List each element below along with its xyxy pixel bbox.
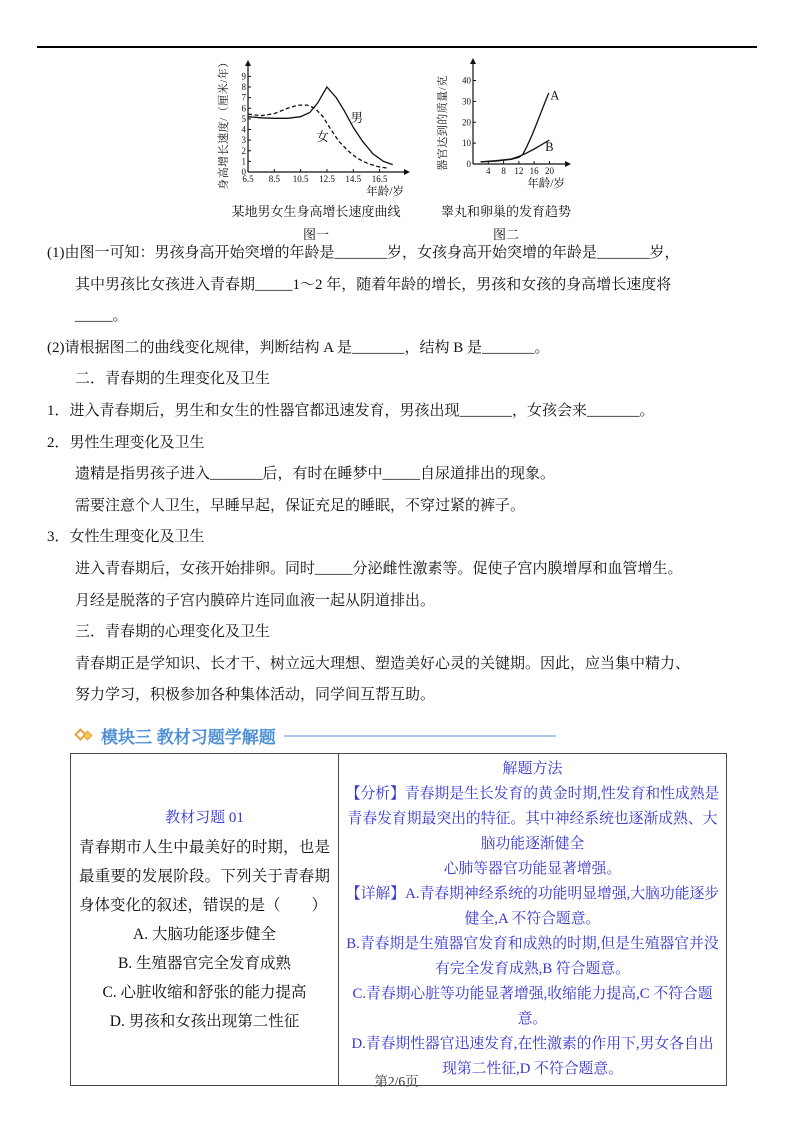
figure2-chart-area: 器官达到的质量/克 48121620010203040年龄/岁AB <box>434 56 579 202</box>
svg-text:7: 7 <box>241 93 246 103</box>
svg-text:8: 8 <box>241 82 246 92</box>
svg-text:6: 6 <box>241 103 246 113</box>
worksheet-line: _____。 <box>0 301 793 333</box>
figure1-chart-area: 身高增长速度/（厘米/年） 6.58.510.512.514.516.50123… <box>215 56 418 202</box>
svg-text:14.5: 14.5 <box>345 174 361 184</box>
svg-text:30: 30 <box>462 96 472 106</box>
module3-header: 模块三 教材习题学解题 <box>74 722 556 748</box>
svg-text:年龄/岁: 年龄/岁 <box>527 176 565 190</box>
module3-rule <box>284 735 556 737</box>
svg-text:女: 女 <box>316 130 329 144</box>
worksheet-line: 其中男孩比女孩进入青春期_____1～2 年，随着年龄的增长，男孩和女孩的身高增… <box>0 270 793 302</box>
svg-text:年龄/岁: 年龄/岁 <box>366 184 404 198</box>
option-b: B. 生殖器官完全发育成熟 <box>79 949 330 978</box>
header-rule <box>37 46 757 48</box>
svg-text:男: 男 <box>350 111 363 125</box>
solution-header: 解题方法 <box>345 757 720 782</box>
figure2-ylabel-column: 器官达到的质量/克 <box>434 56 451 202</box>
svg-text:9: 9 <box>241 71 246 81</box>
option-c: C. 心脏收缩和舒张的能力提高 <box>79 978 330 1007</box>
option-d: D. 男孩和女孩出现第二性征 <box>79 1007 330 1036</box>
exercise-table: 教材习题 01 青春期市人生中最美好的时期，也是最重要的发展阶段。下列关于青春期… <box>70 753 727 1086</box>
solution-note: 心肺等器官功能显著增强。 <box>345 857 720 882</box>
svg-text:12: 12 <box>514 166 523 176</box>
svg-text:8: 8 <box>501 166 506 176</box>
svg-text:12.5: 12.5 <box>319 174 335 184</box>
module-diamond-icon <box>74 726 96 744</box>
svg-text:20: 20 <box>544 166 554 176</box>
svg-text:1: 1 <box>241 156 246 166</box>
worksheet-line: 月经是脱落的子宫内膜碎片连同血液一起从阴道排出。 <box>0 586 793 618</box>
solution-detail-b: B.青春期是生殖器官发育和成熟的时期,但是生殖器官并没有完全发育成熟,B 符合题… <box>345 932 720 982</box>
figure1-ylabel-column: 身高增长速度/（厘米/年） <box>215 56 232 202</box>
solution-detail-a: 【详解】A.青春期神经系统的功能明显增强,大脑功能逐步健全,A 不符合题意。 <box>345 882 720 932</box>
section-heading-2: 二．青春期的生理变化及卫生 <box>0 364 793 396</box>
worksheet-page: 身高增长速度/（厘米/年） 6.58.510.512.514.516.50123… <box>0 0 793 1122</box>
worksheet-line: 3．女性生理变化及卫生 <box>0 522 793 554</box>
svg-text:10: 10 <box>462 138 472 148</box>
worksheet-line-q2: (2)请根据图二的曲线变化规律，判断结构 A 是_______，结构 B 是__… <box>0 333 793 365</box>
module3-title: 模块三 教材习题学解题 <box>101 723 276 748</box>
svg-text:0: 0 <box>241 167 246 177</box>
worksheet-line: 努力学习，积极参加各种集体活动，同学间互帮互助。 <box>0 680 793 712</box>
figures-row: 身高增长速度/（厘米/年） 6.58.510.512.514.516.50123… <box>0 56 793 243</box>
option-a: A. 大脑功能逐步健全 <box>79 920 330 949</box>
solution-cell: 解题方法 【分析】青春期是生长发育的黄金时期,性发育和性成熟是青春发育期最突出的… <box>339 754 727 1086</box>
figure2-y-axis-label: 器官达到的质量/克 <box>434 75 450 171</box>
worksheet-line: 1．进入青春期后，男生和女生的性器官都迅速发育，男孩出现_______，女孩会来… <box>0 396 793 428</box>
svg-text:A: A <box>550 88 559 102</box>
solution-analysis: 【分析】青春期是生长发育的黄金时期,性发育和性成熟是青春发育期最突出的特征。其中… <box>345 782 720 857</box>
worksheet-line: 青春期正是学知识、长才干、树立远大理想、塑造美好心灵的关键期。因此，应当集中精力… <box>0 649 793 681</box>
exercise-row: 教材习题 01 青春期市人生中最美好的时期，也是最重要的发展阶段。下列关于青春期… <box>71 754 727 1086</box>
worksheet-line: 进入青春期后，女孩开始排卵。同时_____分泌雌性激素等。促使子宫内膜增厚和血管… <box>0 554 793 586</box>
worksheet-line: 需要注意个人卫生，早睡早起，保证充足的睡眠，不穿过紧的裤子。 <box>0 491 793 523</box>
worksheet-body: (1)由图一可知：男孩身高开始突增的年龄是_______岁，女孩身高开始突增的年… <box>0 238 793 712</box>
worksheet-line-q1: (1)由图一可知：男孩身高开始突增的年龄是_______岁，女孩身高开始突增的年… <box>0 238 793 270</box>
svg-text:B: B <box>545 140 553 154</box>
diamond-filled <box>83 731 93 741</box>
svg-text:16: 16 <box>529 166 539 176</box>
organ-development-chart: 48121620010203040年龄/岁AB <box>451 56 579 202</box>
svg-text:16.5: 16.5 <box>371 174 387 184</box>
question-cell: 教材习题 01 青春期市人生中最美好的时期，也是最重要的发展阶段。下列关于青春期… <box>71 754 339 1086</box>
worksheet-line: 2．男性生理变化及卫生 <box>0 428 793 460</box>
figure-1: 身高增长速度/（厘米/年） 6.58.510.512.514.516.50123… <box>215 56 418 243</box>
figure-2: 器官达到的质量/克 48121620010203040年龄/岁AB 睾丸和卵巢的… <box>434 56 579 243</box>
svg-text:2: 2 <box>241 146 246 156</box>
svg-text:4: 4 <box>486 166 491 176</box>
svg-text:20: 20 <box>462 117 472 127</box>
figure1-caption: 某地男女生身高增长速度曲线 <box>231 204 400 220</box>
section-heading-3: 三．青春期的心理变化及卫生 <box>0 617 793 649</box>
exercise-label: 教材习题 01 <box>79 804 330 833</box>
svg-text:4: 4 <box>241 125 246 135</box>
growth-rate-chart: 6.58.510.512.514.516.50123456789年龄/岁男女 <box>232 56 418 202</box>
svg-text:10.5: 10.5 <box>292 174 308 184</box>
question-text: 青春期市人生中最美好的时期，也是最重要的发展阶段。下列关于青春期身体变化的叙述，… <box>79 833 330 920</box>
svg-text:0: 0 <box>466 159 471 169</box>
solution-detail-c: C.青春期心脏等功能显著增强,收缩能力提高,C 不符合题意。 <box>345 982 720 1032</box>
svg-text:3: 3 <box>241 135 246 145</box>
worksheet-line: 遗精是指男孩子进入_______后，有时在睡梦中_____自尿道排出的现象。 <box>0 459 793 491</box>
svg-text:8.5: 8.5 <box>268 174 280 184</box>
svg-text:40: 40 <box>462 76 472 86</box>
figure1-y-axis-label: 身高增长速度/（厘米/年） <box>215 56 231 190</box>
page-number: 第2/6页 <box>0 1070 793 1090</box>
figure2-caption: 睾丸和卵巢的发育趋势 <box>441 204 571 220</box>
svg-text:5: 5 <box>241 114 246 124</box>
